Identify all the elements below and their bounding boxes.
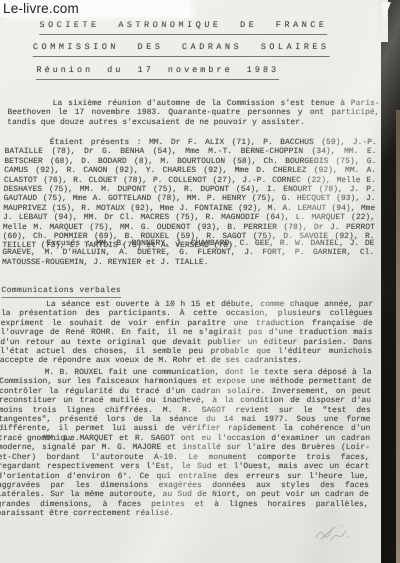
intro-paragraph: La sixième réunion d'automne de la Commi… — [7, 99, 380, 127]
document-title-line-2: COMMISSION DES CADRANS SOLAIRES — [33, 42, 330, 57]
excused-paragraph: Excusés : MM. B. BONNERY, J. CHAMBARD, C… — [2, 239, 375, 267]
section-heading-communications: Communications verbales — [1, 286, 121, 298]
scanned-document-page: SOCIETE ASTRONOMIQUE DE FRANCE COMMISSIO… — [0, 0, 400, 563]
attendees-paragraph: Étaient présents : MM. Dr F. ALIX (71), … — [2, 138, 377, 251]
watermark-text: Le-livre.com — [3, 1, 79, 16]
marquet-paragraph: MM. L. MARQUET et R. SAGOT ont eu l'occa… — [0, 434, 370, 519]
meeting-date-line: Réunion du 17 novembre 1983 — [36, 65, 279, 80]
typewritten-text-layer: SOCIETE ASTRONOMIQUE DE FRANCE COMMISSIO… — [0, 0, 384, 563]
rouxel-paragraph: M. B. ROUXEL fait une communication, don… — [0, 368, 372, 443]
book-spine-edge — [396, 110, 400, 563]
handwritten-mark — [312, 520, 354, 546]
document-title-line-1: SOCIETE ASTRONOMIQUE DE FRANCE — [39, 20, 327, 35]
seance-paragraph: La séance est ouverte à 10 h 15 et début… — [0, 300, 373, 366]
